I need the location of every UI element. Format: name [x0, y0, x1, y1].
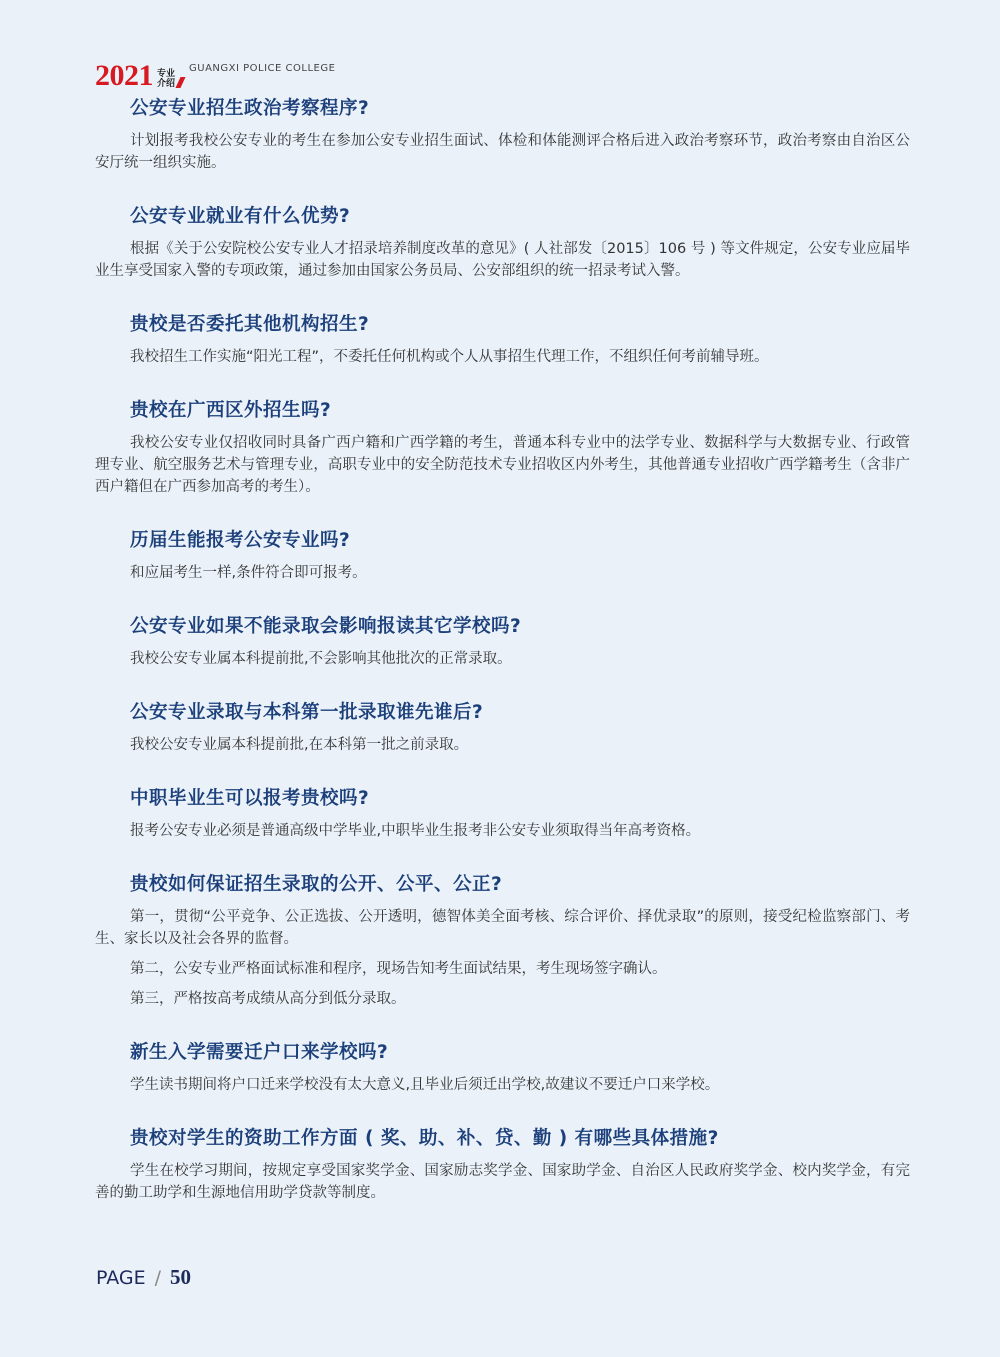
faq-item: 新生入学需要迁户口来学校吗? 学生读书期间将户口迁来学校没有太大意义,且毕业后须…: [95, 1040, 910, 1096]
faq-answer: 我校公安专业仅招收同时具备广西户籍和广西学籍的考生，普通本科专业中的法学专业、数…: [95, 432, 910, 498]
faq-question: 贵校是否委托其他机构招生?: [130, 312, 910, 338]
faq-answer: 第二，公安专业严格面试标准和程序，现场告知考生面试结果，考生现场签字确认。: [95, 958, 910, 980]
page-separator: /: [155, 1267, 161, 1289]
college-name: GUANGXI POLICE COLLEGE: [189, 63, 335, 74]
faq-question: 公安专业录取与本科第一批录取谁先谁后?: [130, 700, 910, 726]
faq-item: 贵校是否委托其他机构招生? 我校招生工作实施“阳光工程”，不委托任何机构或个人从…: [95, 312, 910, 368]
faq-item: 中职毕业生可以报考贵校吗? 报考公安专业必须是普通高级中学毕业,中职毕业生报考非…: [95, 786, 910, 842]
faq-item: 贵校如何保证招生录取的公开、公平、公正? 第一，贯彻“公平竞争、公正选拔、公开透…: [95, 872, 910, 1010]
faq-answer: 和应届考生一样,条件符合即可报考。: [95, 562, 910, 584]
faq-question: 贵校如何保证招生录取的公开、公平、公正?: [130, 872, 910, 898]
faq-item: 贵校在广西区外招生吗? 我校公安专业仅招收同时具备广西户籍和广西学籍的考生，普通…: [95, 398, 910, 498]
faq-answer: 根据《关于公安院校公安专业人才招录培养制度改革的意见》( 人社部发〔2015〕1…: [95, 238, 910, 282]
faq-question: 贵校在广西区外招生吗?: [130, 398, 910, 424]
faq-item: 历届生能报考公安专业吗? 和应届考生一样,条件符合即可报考。: [95, 528, 910, 584]
faq-item: 贵校对学生的资助工作方面 ( 奖、助、补、贷、勤 ) 有哪些具体措施? 学生在校…: [95, 1126, 910, 1204]
header-intro-line2: 介绍: [157, 79, 175, 89]
faq-question: 公安专业招生政治考察程序?: [130, 96, 910, 122]
faq-answer: 第三，严格按高考成绩从高分到低分录取。: [95, 988, 910, 1010]
faq-answer: 学生读书期间将户口迁来学校没有太大意义,且毕业后须迁出学校,故建议不要迁户口来学…: [95, 1074, 910, 1096]
header-intro-line1: 专业: [157, 69, 175, 79]
faq-question: 贵校对学生的资助工作方面 ( 奖、助、补、贷、勤 ) 有哪些具体措施?: [130, 1126, 910, 1152]
faq-question: 公安专业如果不能录取会影响报读其它学校吗?: [130, 614, 910, 640]
faq-item: 公安专业招生政治考察程序? 计划报考我校公安专业的考生在参加公安专业招生面试、体…: [95, 96, 910, 174]
page-footer: PAGE / 50: [96, 1265, 191, 1290]
faq-answer: 计划报考我校公安专业的考生在参加公安专业招生面试、体检和体能测评合格后进入政治考…: [95, 130, 910, 174]
faq-answer: 我校招生工作实施“阳光工程”，不委托任何机构或个人从事招生代理工作，不组织任何考…: [95, 346, 910, 368]
page-header: 2021 专业 介绍 GUANGXI POLICE COLLEGE: [95, 60, 335, 90]
slash-mark-icon: [175, 77, 185, 88]
faq-list: 公安专业招生政治考察程序? 计划报考我校公安专业的考生在参加公安专业招生面试、体…: [95, 96, 910, 1234]
faq-answer: 报考公安专业必须是普通高级中学毕业,中职毕业生报考非公安专业须取得当年高考资格。: [95, 820, 910, 842]
page-number: 50: [170, 1265, 191, 1290]
faq-answer: 学生在校学习期间，按规定享受国家奖学金、国家励志奖学金、国家助学金、自治区人民政…: [95, 1160, 910, 1204]
header-intro: 专业 介绍: [157, 69, 175, 89]
faq-question: 中职毕业生可以报考贵校吗?: [130, 786, 910, 812]
faq-question: 新生入学需要迁户口来学校吗?: [130, 1040, 910, 1066]
faq-answer: 我校公安专业属本科提前批,在本科第一批之前录取。: [95, 734, 910, 756]
faq-item: 公安专业就业有什么优势? 根据《关于公安院校公安专业人才招录培养制度改革的意见》…: [95, 204, 910, 282]
header-year: 2021: [95, 62, 153, 90]
page-label: PAGE: [96, 1267, 146, 1289]
faq-item: 公安专业如果不能录取会影响报读其它学校吗? 我校公安专业属本科提前批,不会影响其…: [95, 614, 910, 670]
faq-item: 公安专业录取与本科第一批录取谁先谁后? 我校公安专业属本科提前批,在本科第一批之…: [95, 700, 910, 756]
faq-question: 历届生能报考公安专业吗?: [130, 528, 910, 554]
faq-answer: 我校公安专业属本科提前批,不会影响其他批次的正常录取。: [95, 648, 910, 670]
faq-question: 公安专业就业有什么优势?: [130, 204, 910, 230]
faq-answer: 第一，贯彻“公平竞争、公正选拔、公开透明，德智体美全面考核、综合评价、择优录取”…: [95, 906, 910, 950]
